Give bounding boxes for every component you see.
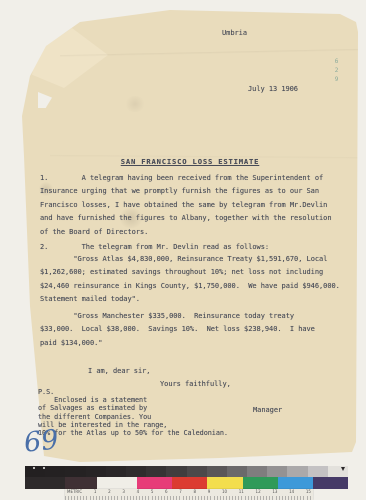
color-patch bbox=[172, 477, 207, 489]
ruler-number: 3 bbox=[122, 489, 125, 494]
color-patch-row bbox=[25, 477, 348, 489]
torn-edge-notch bbox=[38, 92, 52, 108]
grayscale-step bbox=[287, 466, 307, 477]
color-patch bbox=[65, 477, 97, 489]
grayscale-step bbox=[45, 466, 65, 477]
grayscale-step bbox=[267, 466, 287, 477]
signature-title: Manager bbox=[253, 404, 282, 417]
calibration-bar: METRIC 123456789101112131415 bbox=[25, 466, 348, 500]
ruler-number: 13 bbox=[272, 489, 277, 494]
color-patch bbox=[137, 477, 172, 489]
folded-corner bbox=[28, 28, 108, 88]
grayscale-step bbox=[146, 466, 166, 477]
ruler-number: 15 bbox=[306, 489, 311, 494]
ruler-number: 2 bbox=[108, 489, 111, 494]
ruler-number: 10 bbox=[222, 489, 227, 494]
grayscale-step bbox=[308, 466, 328, 477]
valediction-line-1: I am, dear sir, bbox=[88, 365, 150, 378]
ruler-number: 12 bbox=[256, 489, 261, 494]
registration-mark bbox=[33, 467, 35, 469]
ruler-numbers: METRIC 123456789101112131415 bbox=[65, 489, 313, 494]
telegram-quote-2: "Gross Manchester $335,000. Reinsurance … bbox=[40, 310, 352, 350]
color-patch bbox=[313, 477, 348, 489]
grayscale-step bbox=[207, 466, 227, 477]
arrow-marker-icon bbox=[341, 467, 345, 471]
handwritten-page-number: 69 bbox=[22, 424, 59, 458]
ruler-number: 7 bbox=[179, 489, 182, 494]
grayscale-row bbox=[25, 466, 348, 477]
ruler-number: 11 bbox=[239, 489, 244, 494]
ruler-label: METRIC bbox=[67, 489, 82, 494]
grayscale-step bbox=[187, 466, 207, 477]
grayscale-step bbox=[126, 466, 146, 477]
ruler-number: 4 bbox=[137, 489, 140, 494]
ship-name: Umbria bbox=[222, 27, 247, 40]
grayscale-step bbox=[166, 466, 186, 477]
color-patch bbox=[207, 477, 243, 489]
ruler-number: 14 bbox=[289, 489, 294, 494]
grayscale-step bbox=[227, 466, 247, 477]
registration-mark bbox=[43, 467, 45, 469]
side-stamp-number: 629 bbox=[333, 58, 340, 85]
grayscale-step bbox=[247, 466, 267, 477]
paper-smudge bbox=[124, 96, 146, 112]
ruler-number: 6 bbox=[165, 489, 168, 494]
color-patch bbox=[278, 477, 313, 489]
paragraph-1: 1. A telegram having been received from … bbox=[40, 172, 350, 239]
document-title: SAN FRANCISCO LOSS ESTIMATE bbox=[40, 157, 340, 166]
color-patch bbox=[97, 477, 137, 489]
grayscale-step bbox=[86, 466, 106, 477]
telegram-quote-1: "Gross Atlas $4,830,000, Reinsurance Tre… bbox=[40, 253, 352, 307]
grayscale-step bbox=[65, 466, 85, 477]
scanned-letter-page: Umbria July 13 1906 629 SAN FRANCISCO LO… bbox=[0, 0, 366, 500]
metric-ruler: METRIC 123456789101112131415 bbox=[65, 489, 313, 500]
color-patch bbox=[243, 477, 278, 489]
postscript: P.S. Enclosed is a statement of Salvages… bbox=[38, 388, 238, 437]
ruler-number: 5 bbox=[151, 489, 154, 494]
color-patch bbox=[25, 477, 65, 489]
ruler-number: 9 bbox=[208, 489, 211, 494]
ruler-number: 8 bbox=[194, 489, 197, 494]
ruler-ticks bbox=[65, 496, 313, 500]
grayscale-step bbox=[106, 466, 126, 477]
date-line: July 13 1906 bbox=[248, 83, 298, 96]
ruler-number: 1 bbox=[94, 489, 97, 494]
